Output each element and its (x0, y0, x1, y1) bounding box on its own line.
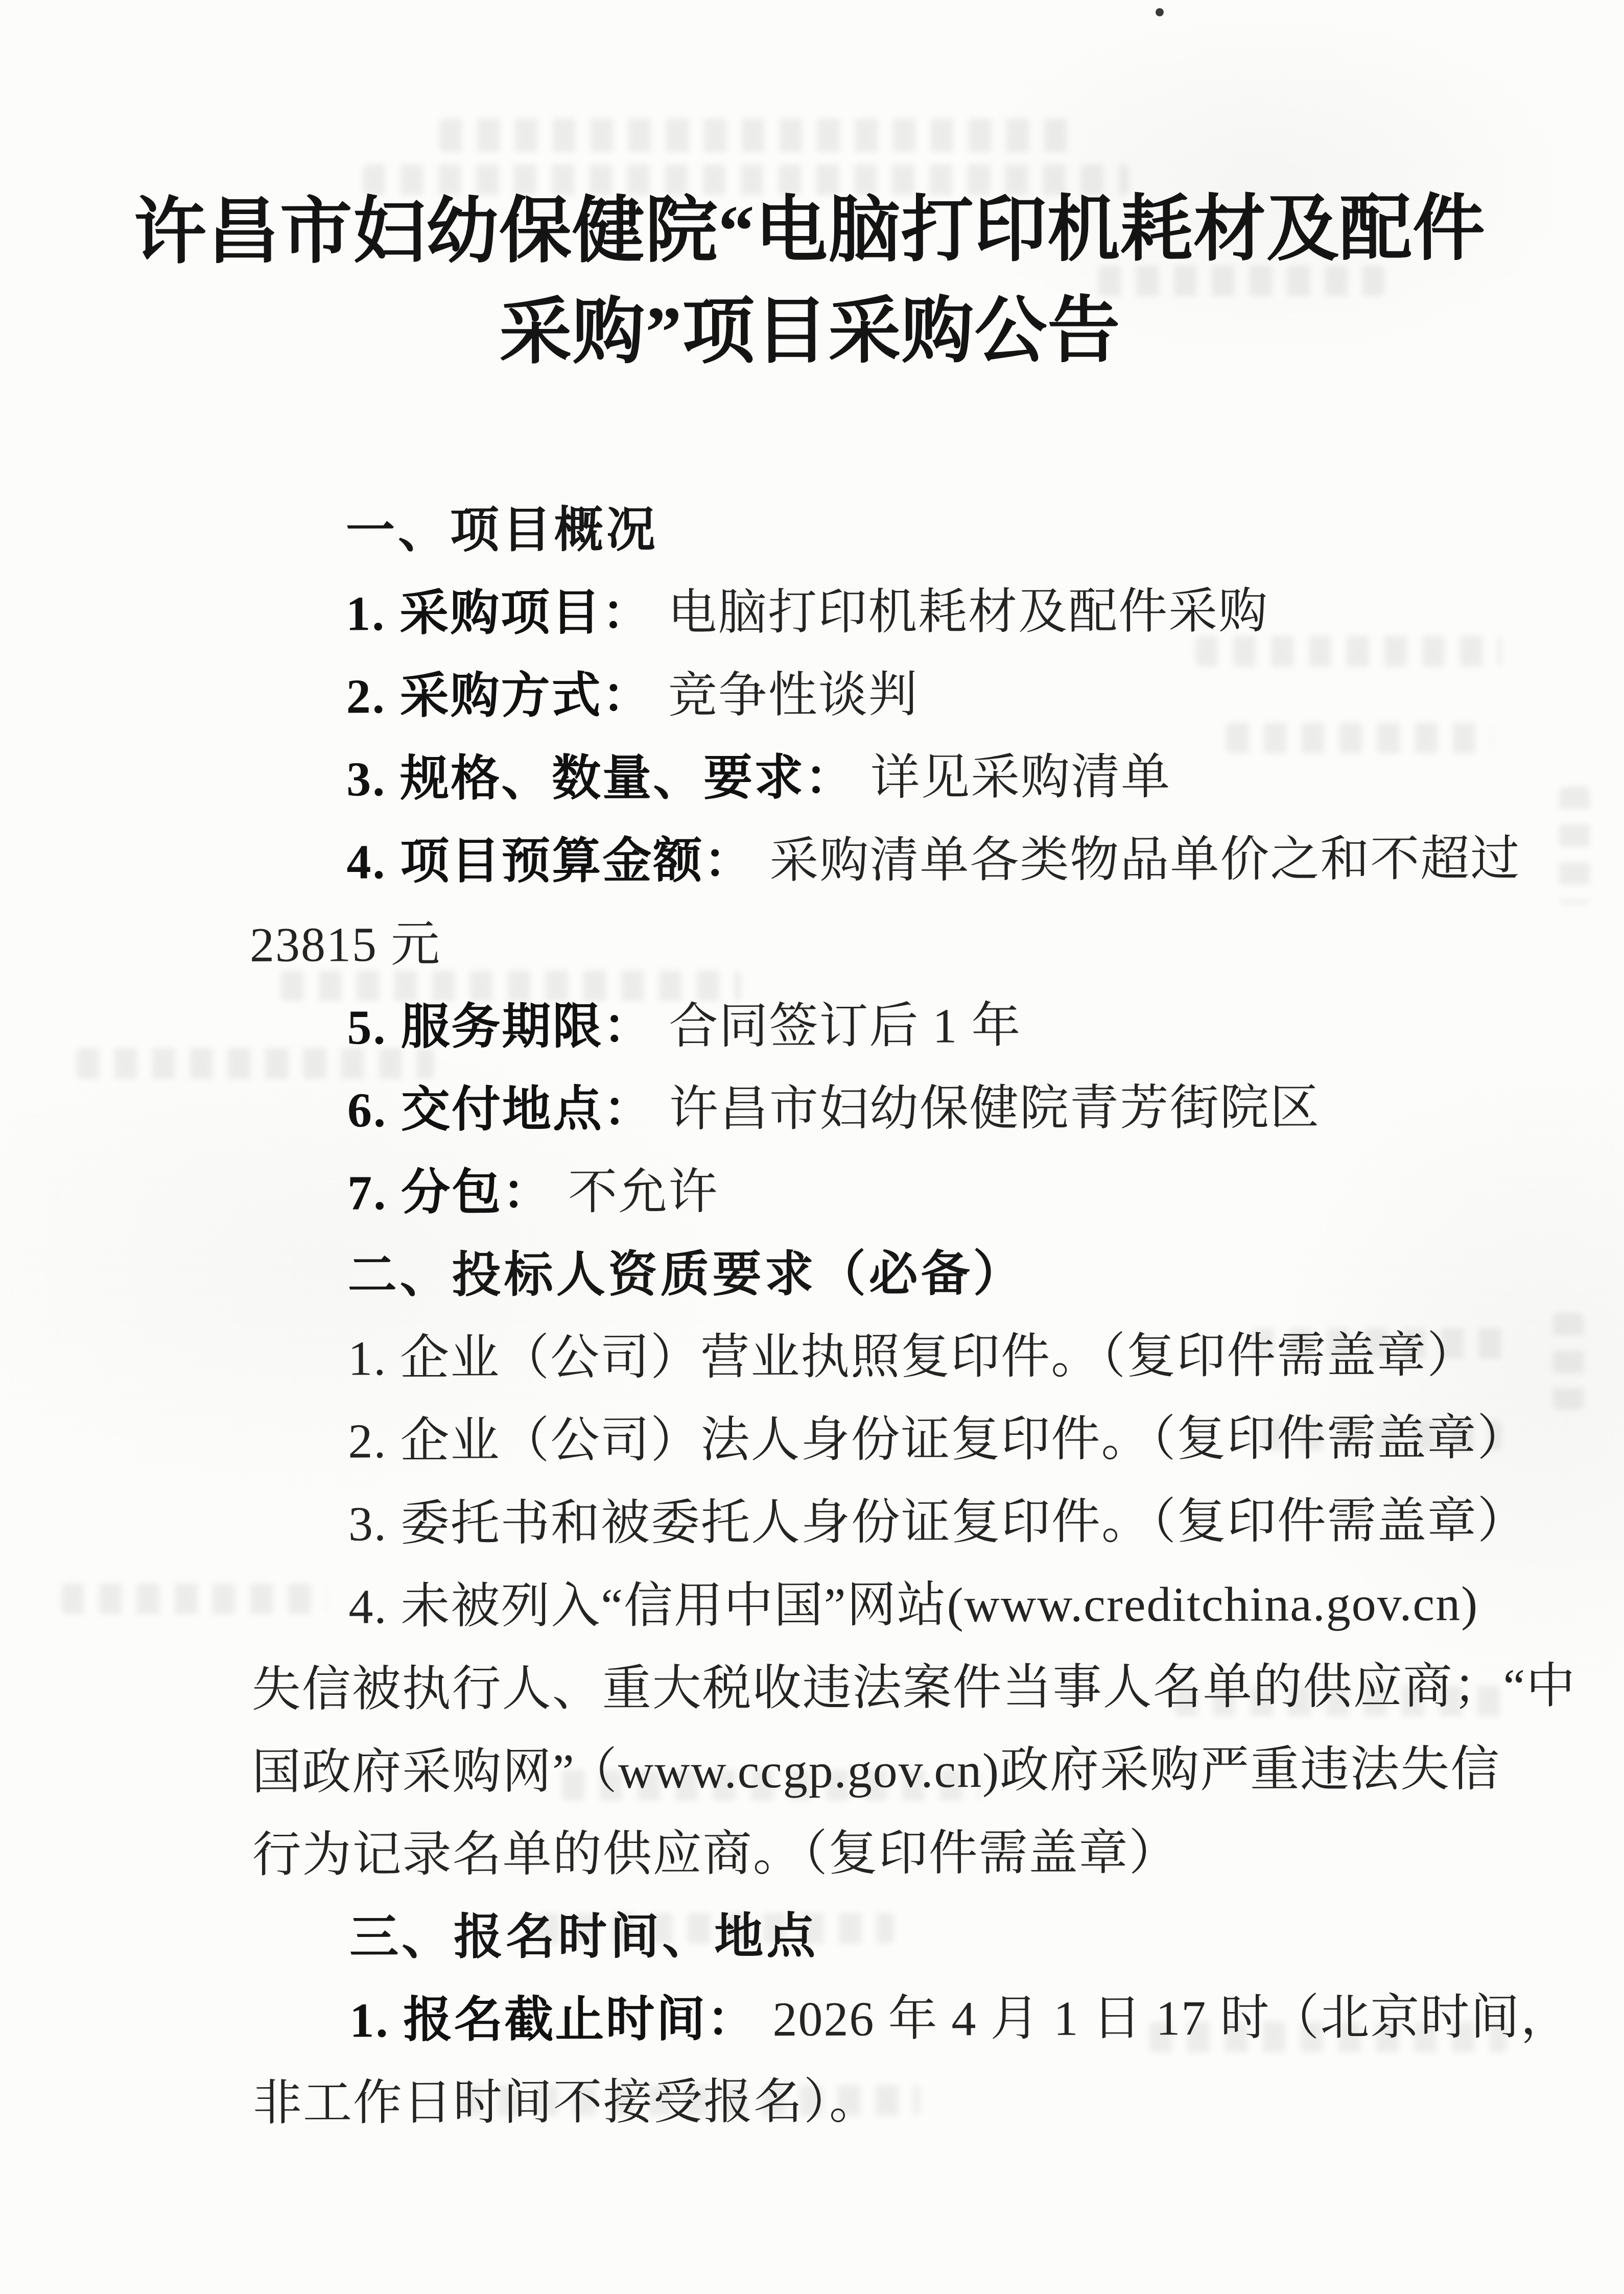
item-value: 电脑打印机耗材及配件采购 (668, 584, 1268, 640)
creditchina-url: (www.creditchina.gov.cn) (947, 1576, 1478, 1633)
document-body: 一、项目概况 1. 采购项目：电脑打印机耗材及配件采购 2. 采购方式：竞争性谈… (249, 486, 1591, 2145)
item-label: 7. 分包： (347, 1165, 553, 1220)
item-subcontracting: 7. 分包：不允许 (250, 1148, 1589, 1235)
section-3-heading: 三、报名时间、地点 (252, 1893, 1591, 1979)
item-service-period: 5. 服务期限：合同签订后 1 年 (250, 983, 1588, 1069)
item-text: 政府采购严重违法失信 (1000, 1741, 1500, 1798)
item-value: 竞争性谈判 (668, 667, 919, 722)
item-label: 1. 采购项目： (346, 585, 652, 641)
item-registration-deadline: 1. 报名截止时间：2026 年 4 月 1 日 17 时（北京时间， (252, 1976, 1591, 2062)
item-value: 不允许 (568, 1164, 718, 1219)
title-line-2: 采购”项目采购公告 (0, 279, 1622, 384)
qualification-item-1: 1. 企业（公司）营业执照复印件。（复印件需盖章） (251, 1314, 1589, 1400)
item-procurement-method: 2. 采购方式：竞争性谈判 (249, 652, 1587, 738)
item-text: 3. 委托书和被委托人身份证复印件。（复印件需盖章） (348, 1493, 1527, 1551)
title-line-1: 许昌市妇幼保健院“电脑打印机耗材及配件 (0, 178, 1622, 283)
item-text: 1. 企业（公司）营业执照复印件。（复印件需盖章） (348, 1328, 1477, 1386)
document-title: 许昌市妇幼保健院“电脑打印机耗材及配件 采购”项目采购公告 (0, 178, 1622, 384)
item-label: 3. 规格、数量、要求： (346, 750, 855, 807)
qualification-item-4-line-4: 行为记录名单的供应商。（复印件需盖章） (252, 1810, 1590, 1897)
item-procurement-project: 1. 采购项目：电脑打印机耗材及配件采购 (249, 569, 1587, 655)
qualification-item-4-line-2: 失信被执行人、重大税收违法案件当事人名单的供应商；“中 (252, 1645, 1590, 1731)
item-value: 详见采购清单 (870, 749, 1171, 805)
item-budget-amount: 4. 项目预算金额：采购清单各类物品单价之和不超过 (249, 817, 1588, 904)
item-text: 行为记录名单的供应商。（复印件需盖章） (252, 1825, 1179, 1882)
qualification-item-3: 3. 委托书和被委托人身份证复印件。（复印件需盖章） (251, 1479, 1590, 1566)
item-value: 采购清单各类物品单价之和不超过 (769, 831, 1520, 888)
section-2-heading: 二、投标人资质要求（必备） (250, 1231, 1589, 1317)
qualification-item-2: 2. 企业（公司）法人身份证复印件。（复印件需盖章） (251, 1397, 1589, 1483)
section-1-heading: 一、项目概况 (249, 486, 1587, 573)
item-text: 2. 企业（公司）法人身份证复印件。（复印件需盖章） (348, 1410, 1527, 1468)
item-label: 1. 报名截止时间： (349, 1992, 757, 2047)
item-value: 许昌市妇幼保健院青芳街院区 (669, 1080, 1320, 1136)
item-registration-deadline-continuation: 非工作日时间不接受报名）。 (253, 2059, 1591, 2145)
item-value: 合同签订后 1 年 (669, 998, 1021, 1054)
item-text: 失信被执行人、重大税收违法案件当事人名单的供应商；“中 (252, 1659, 1576, 1717)
scanned-document-page: 许昌市妇幼保健院“电脑打印机耗材及配件 采购”项目采购公告 一、项目概况 1. … (0, 0, 1624, 2294)
item-text: 国政府采购网” (252, 1744, 575, 1800)
item-value: 非工作日时间不接受报名）。 (253, 2074, 879, 2131)
item-label: 2. 采购方式： (346, 668, 653, 724)
item-label: 4. 项目预算金额： (346, 833, 754, 889)
item-label: 5. 服务期限： (347, 999, 653, 1055)
qualification-item-4-line-1: 4. 未被列入“信用中国”网站(www.creditchina.gov.cn) (251, 1562, 1590, 1648)
item-value: 23815 元 (250, 917, 441, 972)
item-label: 6. 交付地点： (347, 1082, 654, 1138)
item-text: 4. 未被列入“信用中国”网站 (348, 1577, 947, 1634)
item-budget-amount-continuation: 23815 元 (250, 900, 1588, 986)
qualification-item-4-line-3: 国政府采购网”（www.ccgp.gov.cn)政府采购严重违法失信 (252, 1728, 1590, 1814)
item-delivery-location: 6. 交付地点：许昌市妇幼保健院青芳街院区 (250, 1066, 1589, 1152)
item-spec-quantity-requirements: 3. 规格、数量、要求：详见采购清单 (249, 735, 1588, 821)
ccgp-url: （www.ccgp.gov.cn) (593, 1743, 1000, 1799)
item-value: 2026 年 4 月 1 日 17 时（北京时间， (772, 1990, 1570, 2046)
